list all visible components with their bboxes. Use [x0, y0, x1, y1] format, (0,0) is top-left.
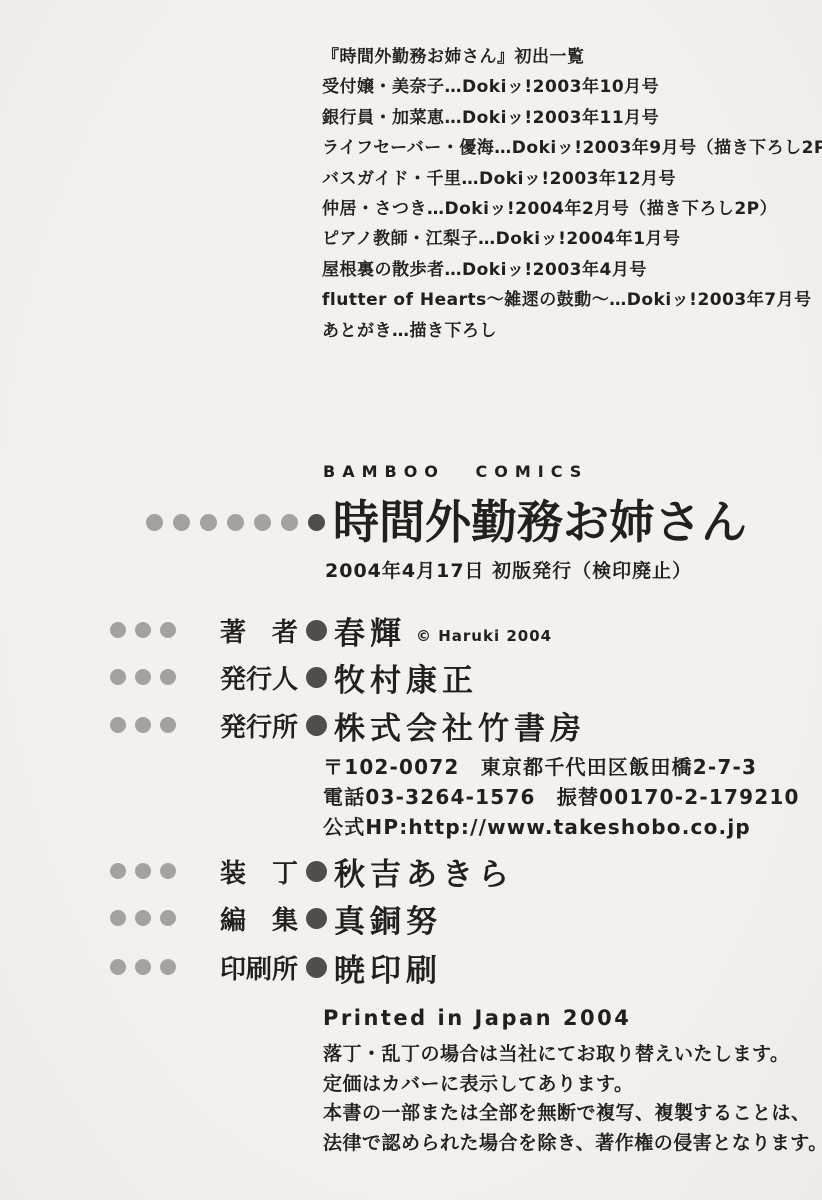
reprint-item: ライフセーバー・優海…Dokiッ!2003年9月号（描き下ろし2P）	[322, 133, 822, 163]
bullet-dot-icon	[110, 717, 126, 733]
brand-label: BAMBOO COMICS	[323, 462, 588, 481]
bullet-dot-icon	[281, 514, 298, 531]
title-row: 時間外勤務お姉さん	[146, 494, 747, 550]
credit-row-design: 装 丁 秋吉あきら	[110, 851, 514, 891]
reprint-item: 仲居・さつき…Dokiッ!2004年2月号（描き下ろし2P）	[322, 194, 822, 224]
separator-dot-icon	[308, 514, 325, 531]
separator-dot-icon	[306, 861, 327, 882]
credit-name: 株式会社竹書房	[334, 703, 586, 748]
bullet-dot-icon	[160, 717, 176, 733]
bullet-dot-icon	[160, 959, 176, 975]
credit-label: 装 丁	[220, 853, 302, 890]
bullet-dot-icon	[200, 514, 217, 531]
bullet-dot-icon	[135, 717, 151, 733]
bullet-dot-icon	[160, 669, 176, 685]
bullet-dot-icon	[110, 863, 126, 879]
reprint-item: flutter of Hearts～雑遝の鼓動～…Dokiッ!2003年7月号	[322, 285, 822, 315]
credit-row-publisher-person: 発行人 牧村康正	[110, 657, 478, 697]
credit-row-publisher-company: 発行所 株式会社竹書房	[110, 705, 586, 745]
credit-label: 発行所	[220, 707, 302, 744]
colophon-note: 法律で認められた場合を除き、著作権の侵害となります。	[323, 1129, 822, 1159]
bullet-dot-icon	[110, 669, 126, 685]
bullet-dot-icon	[146, 514, 163, 531]
edition-line: 2004年4月17日 初版発行（検印廃止）	[325, 556, 692, 583]
credit-label: 著 者	[220, 612, 302, 649]
copyright-note: © Haruki 2004	[416, 627, 552, 645]
bullet-dot-icon	[160, 863, 176, 879]
publisher-address-line: 電話03-3264-1576 振替00170-2-179210	[323, 782, 800, 812]
bullet-dot-icon	[110, 910, 126, 926]
bullet-dot-icon	[160, 622, 176, 638]
credit-row-editing: 編 集 真銅努	[110, 898, 442, 938]
bullet-dot-icon	[135, 863, 151, 879]
colophon-note: 本書の一部または全部を無断で複写、複製することは、	[323, 1099, 822, 1129]
credit-name: 春輝	[334, 608, 406, 653]
bullet-dot-icon	[173, 514, 190, 531]
reprint-item: ピアノ教師・江梨子…Dokiッ!2004年1月号	[322, 224, 822, 254]
separator-dot-icon	[306, 957, 327, 978]
colophon-notes: 落丁・乱丁の場合は当社にてお取り替えいたします。 定価はカバーに表示してあります…	[323, 1040, 822, 1158]
credit-name: 牧村康正	[334, 655, 478, 700]
separator-dot-icon	[306, 620, 327, 641]
publisher-address-line: 公式HP:http://www.takeshobo.co.jp	[323, 812, 800, 842]
book-title: 時間外勤務お姉さん	[333, 499, 747, 545]
publisher-address-line: 〒102-0072 東京都千代田区飯田橋2-7-3	[323, 752, 800, 782]
bullet-dot-icon	[135, 622, 151, 638]
reprint-heading: 『時間外勤務お姉さん』初出一覧	[322, 42, 822, 72]
credit-name: 暁印刷	[334, 945, 442, 990]
credit-label: 編 集	[220, 900, 302, 937]
credit-row-printing: 印刷所 暁印刷	[110, 947, 442, 987]
credit-row-author: 著 者 春輝 © Haruki 2004	[110, 610, 552, 650]
bullet-dot-icon	[135, 959, 151, 975]
bullet-dot-icon	[135, 910, 151, 926]
reprint-item: 屋根裏の散歩者…Dokiッ!2003年4月号	[322, 255, 822, 285]
separator-dot-icon	[306, 908, 327, 929]
credit-name: 真銅努	[334, 896, 442, 941]
bullet-dot-icon	[110, 959, 126, 975]
colophon-page: 『時間外勤務お姉さん』初出一覧 受付嬢・美奈子…Dokiッ!2003年10月号 …	[0, 0, 822, 1200]
credit-label: 印刷所	[220, 949, 302, 986]
bullet-dot-icon	[254, 514, 271, 531]
credit-label: 発行人	[220, 659, 302, 696]
reprint-item: 銀行員・加菜恵…Dokiッ!2003年11月号	[322, 103, 822, 133]
reprint-list: 『時間外勤務お姉さん』初出一覧 受付嬢・美奈子…Dokiッ!2003年10月号 …	[322, 42, 822, 346]
colophon-note: 落丁・乱丁の場合は当社にてお取り替えいたします。	[323, 1040, 822, 1070]
publisher-address: 〒102-0072 東京都千代田区飯田橋2-7-3 電話03-3264-1576…	[323, 752, 800, 842]
printed-in-japan: Printed in Japan 2004	[323, 1006, 631, 1030]
bullet-dot-icon	[135, 669, 151, 685]
reprint-item: 受付嬢・美奈子…Dokiッ!2003年10月号	[322, 72, 822, 102]
reprint-item: あとがき…描き下ろし	[322, 316, 822, 346]
reprint-item: バスガイド・千里…Dokiッ!2003年12月号	[322, 164, 822, 194]
bullet-dot-icon	[110, 622, 126, 638]
bullet-dot-icon	[227, 514, 244, 531]
colophon-note: 定価はカバーに表示してあります。	[323, 1070, 822, 1100]
credit-name: 秋吉あきら	[334, 849, 514, 894]
bullet-dot-icon	[160, 910, 176, 926]
separator-dot-icon	[306, 667, 327, 688]
separator-dot-icon	[306, 715, 327, 736]
